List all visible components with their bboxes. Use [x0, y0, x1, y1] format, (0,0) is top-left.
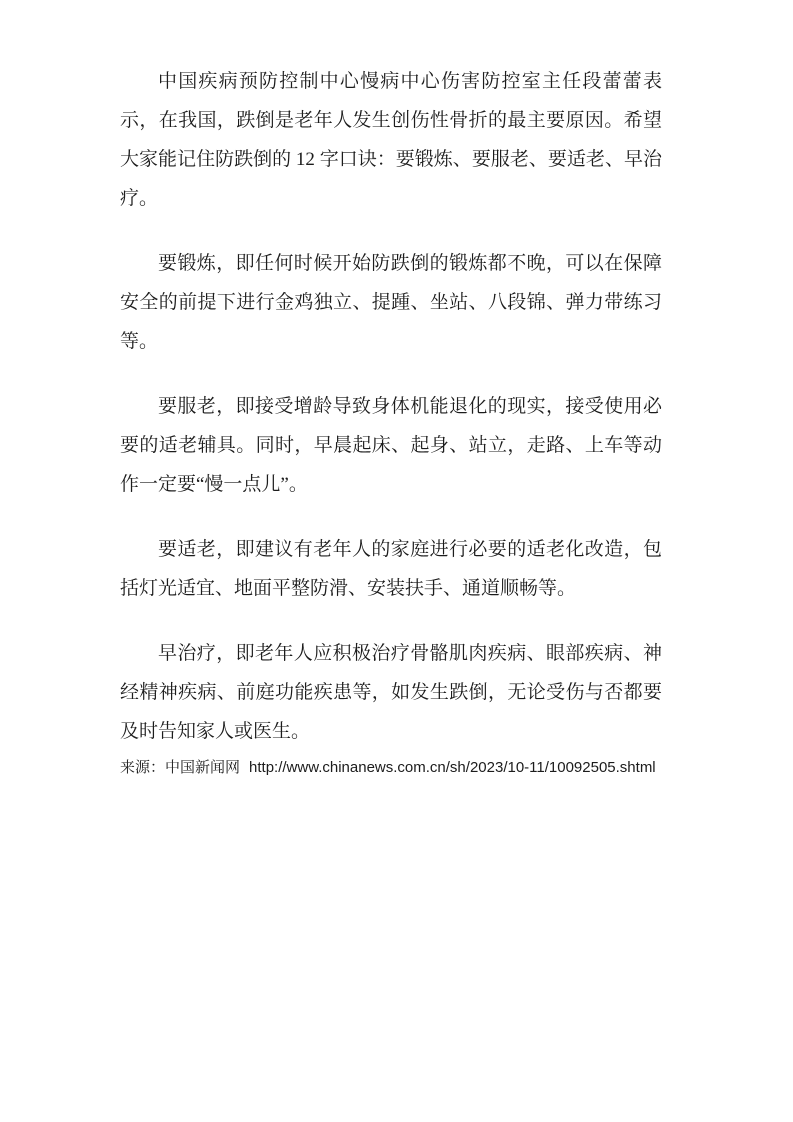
- source-label: 来源：中国新闻网: [120, 759, 240, 776]
- paragraph-home-adaptation: 要适老，即建议有老年人的家庭进行必要的适老化改造，包括灯光适宜、地面平整防滑、安…: [120, 530, 662, 608]
- source-url: http://www.chinanews.com.cn/sh/2023/10-1…: [249, 759, 656, 776]
- article-body: 中国疾病预防控制中心慢病中心伤害防控室主任段蕾蕾表示，在我国，跌倒是老年人发生创…: [120, 62, 662, 777]
- source-line: 来源：中国新闻网http://www.chinanews.com.cn/sh/2…: [120, 758, 680, 777]
- paragraph-early-treatment: 早治疗，即老年人应积极治疗骨骼肌肉疾病、眼部疾病、神经精神疾病、前庭功能疾患等，…: [120, 634, 662, 751]
- paragraph-exercise: 要锻炼，即任何时候开始防跌倒的锻炼都不晚，可以在保障安全的前提下进行金鸡独立、提…: [120, 244, 662, 361]
- document-page: 中国疾病预防控制中心慢病中心伤害防控室主任段蕾蕾表示，在我国，跌倒是老年人发生创…: [0, 0, 793, 1122]
- paragraph-accept-aging: 要服老，即接受增龄导致身体机能退化的现实，接受使用必要的适老辅具。同时，早晨起床…: [120, 387, 662, 504]
- paragraph-intro: 中国疾病预防控制中心慢病中心伤害防控室主任段蕾蕾表示，在我国，跌倒是老年人发生创…: [120, 62, 662, 218]
